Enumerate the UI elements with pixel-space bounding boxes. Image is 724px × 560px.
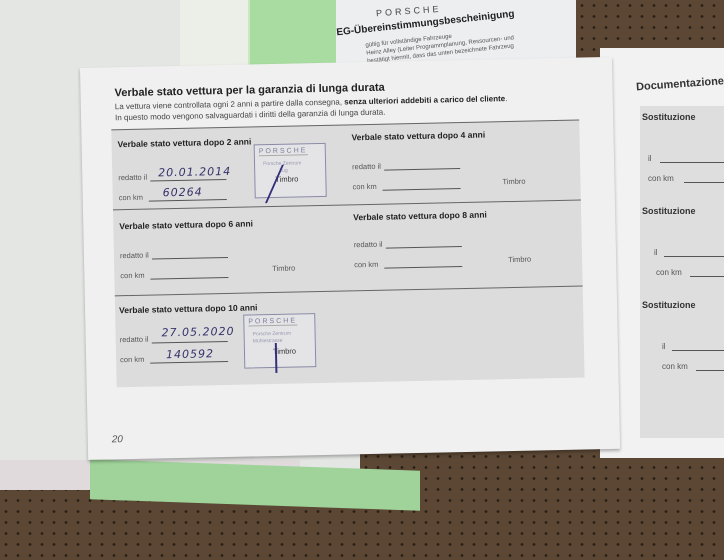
km-line	[149, 199, 227, 202]
stamp-brand: PORSCHE	[259, 147, 308, 156]
km-line	[150, 361, 228, 364]
replacement-section: Sostituzione il con km	[640, 112, 724, 212]
km-line	[150, 277, 228, 280]
inspection-10-years: Verbale stato vettura dopo 10 anni redat…	[119, 300, 351, 385]
date-label: redatto il	[118, 173, 147, 183]
date-line	[386, 246, 462, 249]
signature	[265, 164, 304, 203]
handwritten-date: 20.01.2014	[158, 165, 231, 180]
stamp-label: Timbro	[508, 255, 531, 264]
date-label: redatto il	[352, 162, 381, 172]
replacement-section: Sostituzione il con km	[640, 206, 724, 306]
section-heading: Sostituzione	[642, 300, 724, 310]
date-line	[150, 179, 226, 182]
km-line	[696, 370, 724, 371]
inspection-4-years: Verbale stato vettura dopo 4 anni redatt…	[351, 128, 576, 203]
km-line	[690, 276, 724, 277]
date-label: il	[654, 248, 658, 257]
section-heading: Sostituzione	[642, 206, 724, 216]
signature	[275, 343, 298, 373]
km-line	[684, 182, 724, 183]
km-label: con km	[352, 182, 376, 192]
handwritten-date: 27.05.2020	[161, 325, 234, 340]
km-label: con km	[120, 271, 144, 281]
replacement-panel: Sostituzione il con km Sostituzione il c…	[640, 106, 724, 438]
inspection-2-years: Verbale stato vettura dopo 2 anni redatt…	[117, 134, 348, 209]
inspection-form: Verbale stato vettura dopo 2 anni redatt…	[111, 120, 584, 388]
km-label: con km	[120, 355, 144, 365]
date-line	[152, 257, 228, 260]
replacement-section: Sostituzione il con km	[640, 300, 724, 400]
section-heading: Verbale stato vettura dopo 10 anni	[119, 302, 258, 315]
intro-end: .	[505, 94, 507, 103]
section-heading: Verbale stato vettura dopo 6 anni	[119, 218, 253, 231]
intro-bold: senza ulteriori addebiti a carico del cl…	[344, 94, 505, 106]
date-line	[664, 256, 724, 257]
handwritten-km: 60264	[162, 185, 202, 199]
stamp-label: Timbro	[272, 264, 295, 273]
stamp-brand: PORSCHE	[248, 318, 297, 327]
date-line	[660, 162, 724, 163]
section-heading: Verbale stato vettura dopo 4 anni	[351, 130, 485, 143]
section-heading: Verbale stato vettura dopo 8 anni	[353, 210, 487, 223]
right-page-title: Documentazione r	[636, 75, 724, 94]
km-label: con km	[662, 362, 688, 371]
dealer-stamp: PORSCHE Porsche Zentrum Mühlestrasse Tim…	[243, 313, 316, 368]
page-number: 20	[112, 434, 123, 445]
date-label: redatto il	[120, 251, 149, 261]
warranty-booklet-page: Verbale stato vettura per la garanzia di…	[80, 57, 620, 460]
stamp-label: Timbro	[502, 177, 525, 186]
date-label: redatto il	[354, 240, 383, 250]
date-label: il	[662, 342, 666, 351]
section-heading: Sostituzione	[642, 112, 724, 122]
stamp-line: Porsche Zentrum	[253, 331, 291, 338]
handwritten-km: 140592	[166, 347, 214, 361]
km-label: con km	[648, 174, 674, 183]
inspection-6-years: Verbale stato vettura dopo 6 anni redatt…	[119, 216, 350, 291]
date-label: redatto il	[120, 335, 149, 345]
km-label: con km	[119, 193, 143, 203]
date-line	[384, 168, 460, 171]
section-heading: Verbale stato vettura dopo 2 anni	[117, 136, 251, 149]
certificate-brand: PORSCHE	[376, 4, 442, 19]
dealer-stamp: PORSCHE Porsche Zentrum Zug Timbro	[254, 143, 327, 198]
inspection-8-years: Verbale stato vettura dopo 8 anni redatt…	[353, 208, 578, 283]
km-label: con km	[354, 260, 378, 270]
km-line	[384, 266, 462, 269]
date-line	[152, 341, 228, 344]
km-line	[383, 188, 461, 191]
conformity-certificate: PORSCHE EG-Übereinstimmungsbescheinigung…	[336, 0, 576, 66]
date-label: il	[648, 154, 652, 163]
km-label: con km	[656, 268, 682, 277]
date-line	[672, 350, 724, 351]
